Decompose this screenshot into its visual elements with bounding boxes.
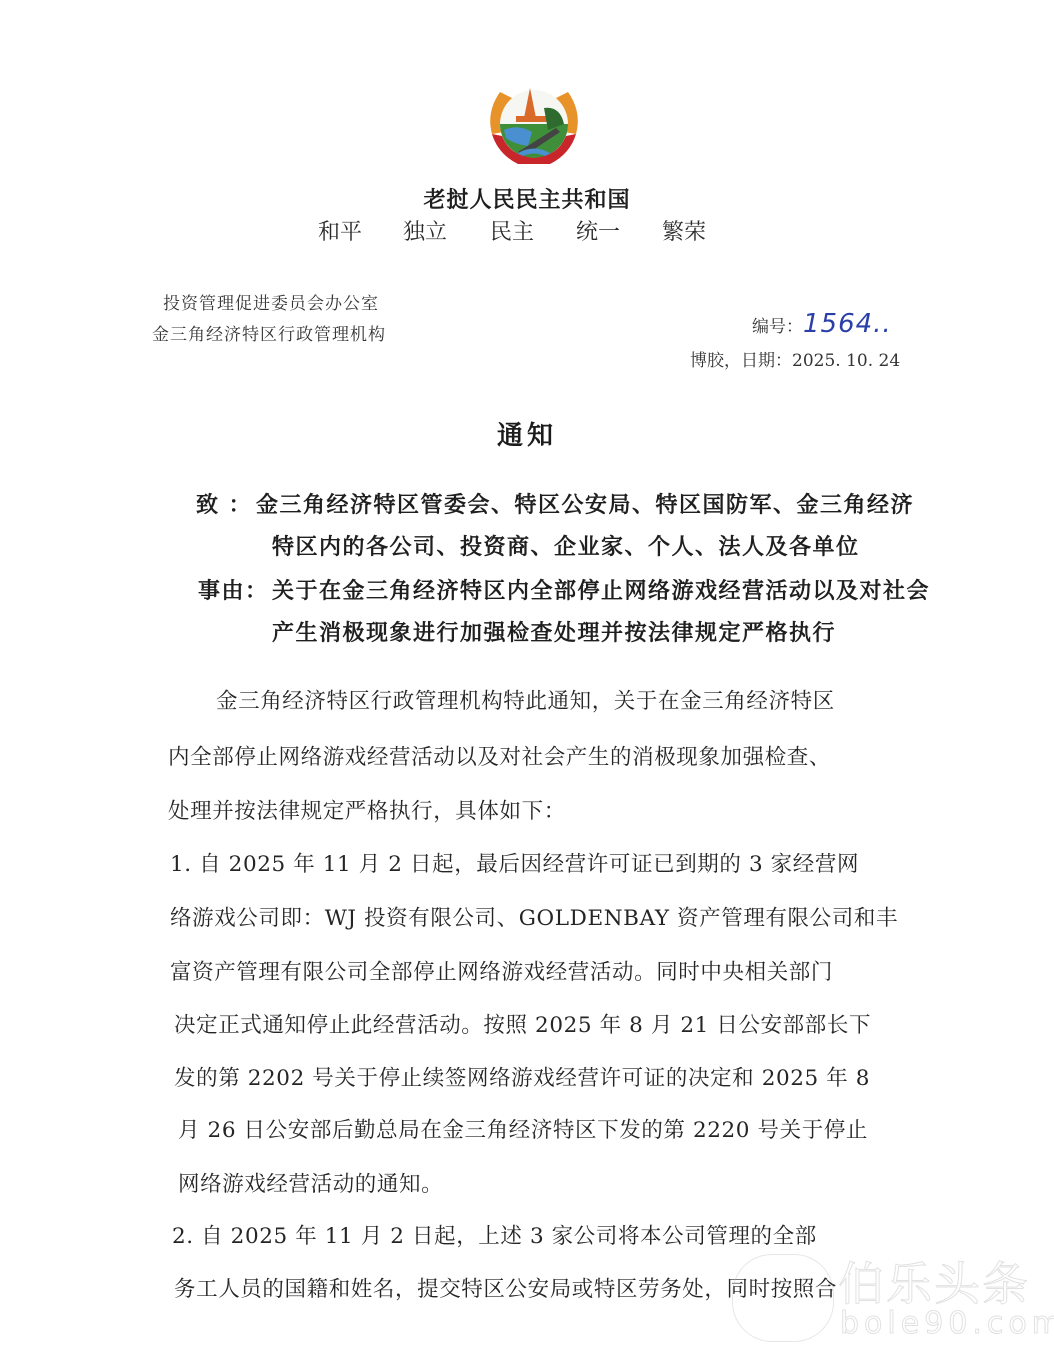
place-date: 博胶，日期：2025. 10. 24 — [690, 346, 900, 371]
date-value: 2025. 10. 24 — [792, 351, 900, 371]
reference-number-value: 1564 — [803, 309, 873, 339]
motto-independence: 独立 — [403, 215, 447, 246]
addressee-label: 致 ： — [196, 488, 252, 519]
motto-democracy: 民主 — [490, 215, 534, 246]
subject-line-2: 产生消极现象进行加强检查处理并按法律规定严格执行 — [272, 616, 836, 647]
issuer-authority: 金三角经济特区行政管理机构 — [152, 320, 386, 345]
item1-line-5: 发的第 2202 号关于停止续签网络游戏经营许可证的决定和 2025 年 8 — [174, 1061, 870, 1092]
watermark: 伯乐头条 bole90.com — [728, 1248, 1054, 1344]
subject-line-1: 关于在金三角经济特区内全部停止网络游戏经营活动以及对社会 — [272, 574, 930, 605]
intro-line-3: 处理并按法律规定严格执行，具体如下： — [168, 794, 566, 825]
place-date-label: 博胶，日期： — [690, 351, 792, 371]
item1-line-7: 网络游戏经营活动的通知。 — [178, 1167, 443, 1198]
item1-line-6: 月 26 日公安部后勤总局在金三角经济特区下发的第 2220 号关于停止 — [178, 1113, 868, 1144]
intro-line-1: 金三角经济特区行政管理机构特此通知，关于在金三角经济特区 — [216, 684, 835, 715]
watermark-brand: 伯乐头条 — [838, 1248, 1030, 1314]
document-title: 通知 — [0, 415, 1054, 452]
country-name: 老挝人民民主共和国 — [0, 183, 1054, 214]
watermark-url: bole90.com — [840, 1306, 1054, 1341]
motto-peace: 和平 — [318, 215, 362, 246]
issuer-office: 投资管理促进委员会办公室 — [163, 289, 379, 314]
item1-line-2: 络游戏公司即：WJ 投资有限公司、GOLDENBAY 资产管理有限公司和丰 — [170, 901, 898, 932]
subject-label: 事由： — [198, 574, 269, 605]
addressee-line-2: 特区内的各公司、投资商、企业家、个人、法人及各单位 — [272, 530, 860, 561]
reference-label: 编号： — [752, 317, 803, 337]
intro-line-2: 内全部停止网络游戏经营活动以及对社会产生的消极现象加强检查、 — [168, 740, 831, 771]
reference-number: 编号：1564.. — [752, 309, 892, 339]
item2-line-1: 2. 自 2025 年 11 月 2 日起，上述 3 家公司将本公司管理的全部 — [172, 1219, 817, 1250]
item1-line-1: 1. 自 2025 年 11 月 2 日起，最后因经营许可证已到期的 3 家经营… — [170, 847, 859, 878]
addressee-line-1: 金三角经济特区管委会、特区公安局、特区国防军、金三角经济 — [256, 488, 914, 519]
motto-unity: 统一 — [576, 215, 620, 246]
lao-national-emblem-icon — [478, 72, 590, 172]
watermark-logo-icon — [732, 1254, 834, 1342]
reference-suffix: .. — [873, 309, 892, 339]
motto-prosperity: 繁荣 — [662, 215, 706, 246]
item1-line-4: 决定正式通知停止此经营活动。按照 2025 年 8 月 21 日公安部部长下 — [174, 1008, 871, 1039]
item1-line-3: 富资产管理有限公司全部停止网络游戏经营活动。同时中央相关部门 — [170, 955, 833, 986]
